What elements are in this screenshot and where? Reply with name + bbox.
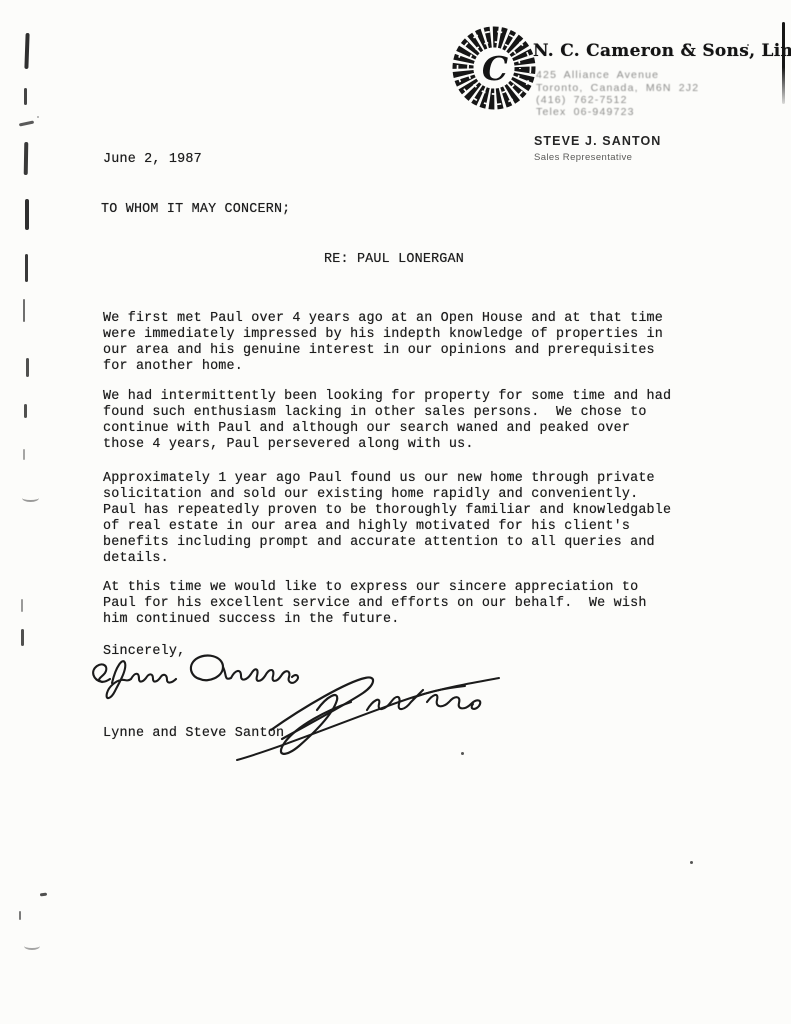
scan-artifact xyxy=(782,22,785,104)
scan-artifact xyxy=(21,599,23,612)
scan-artifact xyxy=(19,120,34,126)
address-line-street: 425 Alliance Avenue xyxy=(536,69,659,81)
body-paragraph-3: Approximately 1 year ago Paul found us o… xyxy=(103,471,678,567)
scan-artifact xyxy=(40,893,47,897)
body-paragraph-1: We first met Paul over 4 years ago at an… xyxy=(103,311,678,375)
scanned-letter-page: C N. C. Cameron & Sons, Limited 425 Alli… xyxy=(0,0,791,1024)
scan-artifact xyxy=(37,116,39,118)
steve-signature xyxy=(225,668,507,764)
scan-artifact xyxy=(24,142,29,175)
salutation: TO WHOM IT MAY CONCERN; xyxy=(101,202,290,218)
company-logo-icon: C xyxy=(452,26,536,110)
company-name: N. C. Cameron & Sons, Limited xyxy=(533,41,791,61)
contact-name: STEVE J. SANTON xyxy=(534,134,661,148)
logo-letter: C xyxy=(482,49,508,88)
body-paragraph-2: We had intermittently been looking for p… xyxy=(103,389,678,453)
scan-artifact xyxy=(24,88,27,105)
body-paragraph-4: At this time we would like to express ou… xyxy=(103,580,678,628)
scan-artifact xyxy=(24,33,29,69)
subject-line: RE: PAUL LONERGAN xyxy=(324,252,464,268)
scan-artifact xyxy=(21,629,24,646)
address-line-city: Toronto, Canada, M6N 2J2 xyxy=(536,82,699,94)
scan-artifact xyxy=(23,449,25,460)
scan-artifact xyxy=(26,358,29,377)
scan-artifact xyxy=(23,299,25,322)
letter-date: June 2, 1987 xyxy=(103,152,202,168)
scan-artifact xyxy=(25,254,28,282)
scan-artifact xyxy=(24,404,27,418)
scan-artifact xyxy=(690,861,693,864)
address-line-phone: (416) 762-7512 xyxy=(536,94,628,106)
typed-signature-names: Lynne and Steve Santon xyxy=(103,726,284,742)
scan-artifact xyxy=(22,494,39,502)
scan-artifact xyxy=(24,942,40,950)
address-line-telex: Telex 06-949723 xyxy=(536,106,635,118)
contact-title: Sales Representative xyxy=(534,152,632,163)
scan-artifact xyxy=(19,911,21,920)
scan-artifact xyxy=(25,199,29,230)
